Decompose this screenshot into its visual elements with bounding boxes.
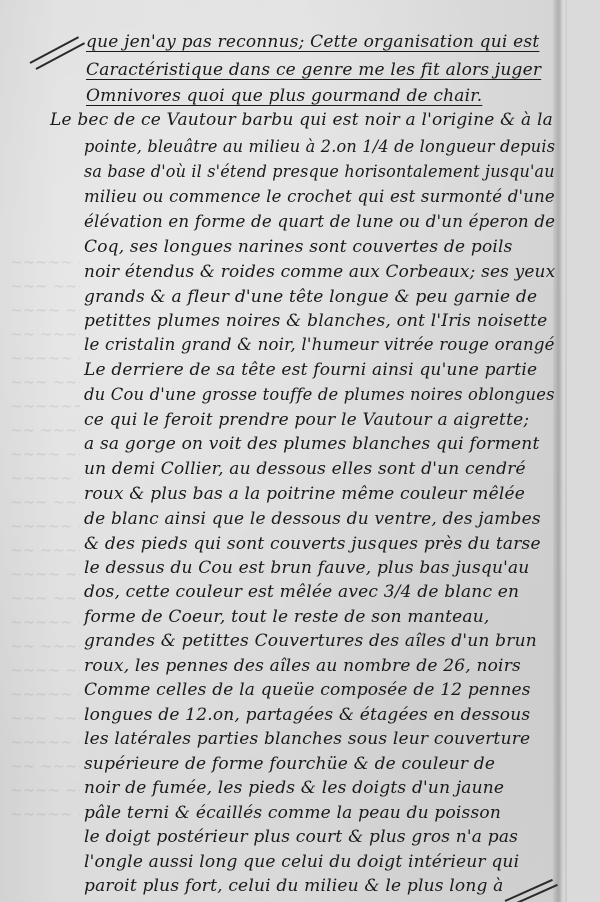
body-line: supérieure de forme fourchüe & de couleu…	[84, 754, 495, 774]
body-line: & des pieds qui sont couverts jusques pr…	[84, 534, 541, 554]
body-line: Le derriere de sa tête est fourni ainsi …	[84, 360, 537, 380]
body-line: du Cou d'une grosse touffe de plumes noi…	[84, 385, 555, 405]
body-line: l'ongle aussi long que celui du doigt in…	[84, 852, 519, 872]
body-line: pointe, bleuâtre au milieu à 2.on 1/4 de…	[84, 137, 555, 157]
body-line: longues de 12.on, partagées & étagées en…	[84, 705, 530, 725]
body-line: Le bec de ce Vautour barbu qui est noir …	[50, 110, 553, 130]
body-line: grandes & petittes Couvertures des aîles…	[84, 631, 537, 651]
body-line: roux & plus bas a la poitrine même coule…	[84, 484, 525, 504]
header-line: Caractéristique dans ce genre me les fit…	[86, 60, 541, 80]
bleed-through-text: ~~~~~ ~~~~~~ ~~~~~~~~~ ~~~~~ ~~~~~~~~~~~…	[10, 250, 80, 850]
body-line: forme de Coeur, tout le reste de son man…	[84, 607, 490, 627]
body-line: noir étendus & roides comme aux Corbeaux…	[84, 262, 555, 282]
body-line: pâle terni & écaillés comme la peau du p…	[84, 803, 501, 823]
body-line: le dessus du Cou est brun fauve, plus ba…	[84, 558, 529, 578]
body-line: milieu ou commence le crochet qui est su…	[84, 187, 555, 207]
body-line: un demi Collier, au dessous elles sont d…	[84, 459, 526, 479]
body-line: grands & a fleur d'une tête longue & peu…	[84, 287, 537, 307]
page-fold-shadow	[553, 0, 567, 902]
body-line: dos, cette couleur est mêlée avec 3/4 de…	[84, 582, 519, 602]
body-line: élévation en forme de quart de lune ou d…	[84, 212, 555, 232]
header-line: que jen'ay pas reconnus; Cette organisat…	[86, 32, 539, 52]
body-line: paroit plus fort, celui du milieu & le p…	[84, 876, 504, 896]
body-line: noir de fumée, les pieds & les doigts d'…	[84, 778, 504, 798]
header-line: Omnivores quoi que plus gourmand de chai…	[86, 86, 482, 106]
body-line: Comme celles de la queüe composée de 12 …	[84, 680, 531, 700]
body-line: ce qui le feroit prendre pour le Vautour…	[84, 410, 529, 430]
body-line: sa base d'où il s'étend presque horisont…	[84, 162, 555, 182]
body-line: le doigt postérieur plus court & plus gr…	[84, 827, 518, 847]
body-line: Coq, ses longues narines sont couvertes …	[84, 237, 513, 257]
body-line: roux, les pennes des aîles au nombre de …	[84, 656, 521, 676]
body-line: petittes plumes noires & blanches, ont l…	[84, 311, 547, 331]
body-line: les latérales parties blanches sous leur…	[84, 729, 530, 749]
body-line: a sa gorge on voit des plumes blanches q…	[84, 434, 540, 454]
body-line: de blanc ainsi que le dessous du ventre,…	[84, 509, 541, 529]
manuscript-page: ~~~~~ ~~~~~~ ~~~~~~~~~ ~~~~~ ~~~~~~~~~~~…	[0, 0, 600, 902]
body-line: le cristalin grand & noir, l'humeur vitr…	[84, 335, 555, 355]
right-margin-paper	[567, 0, 600, 902]
